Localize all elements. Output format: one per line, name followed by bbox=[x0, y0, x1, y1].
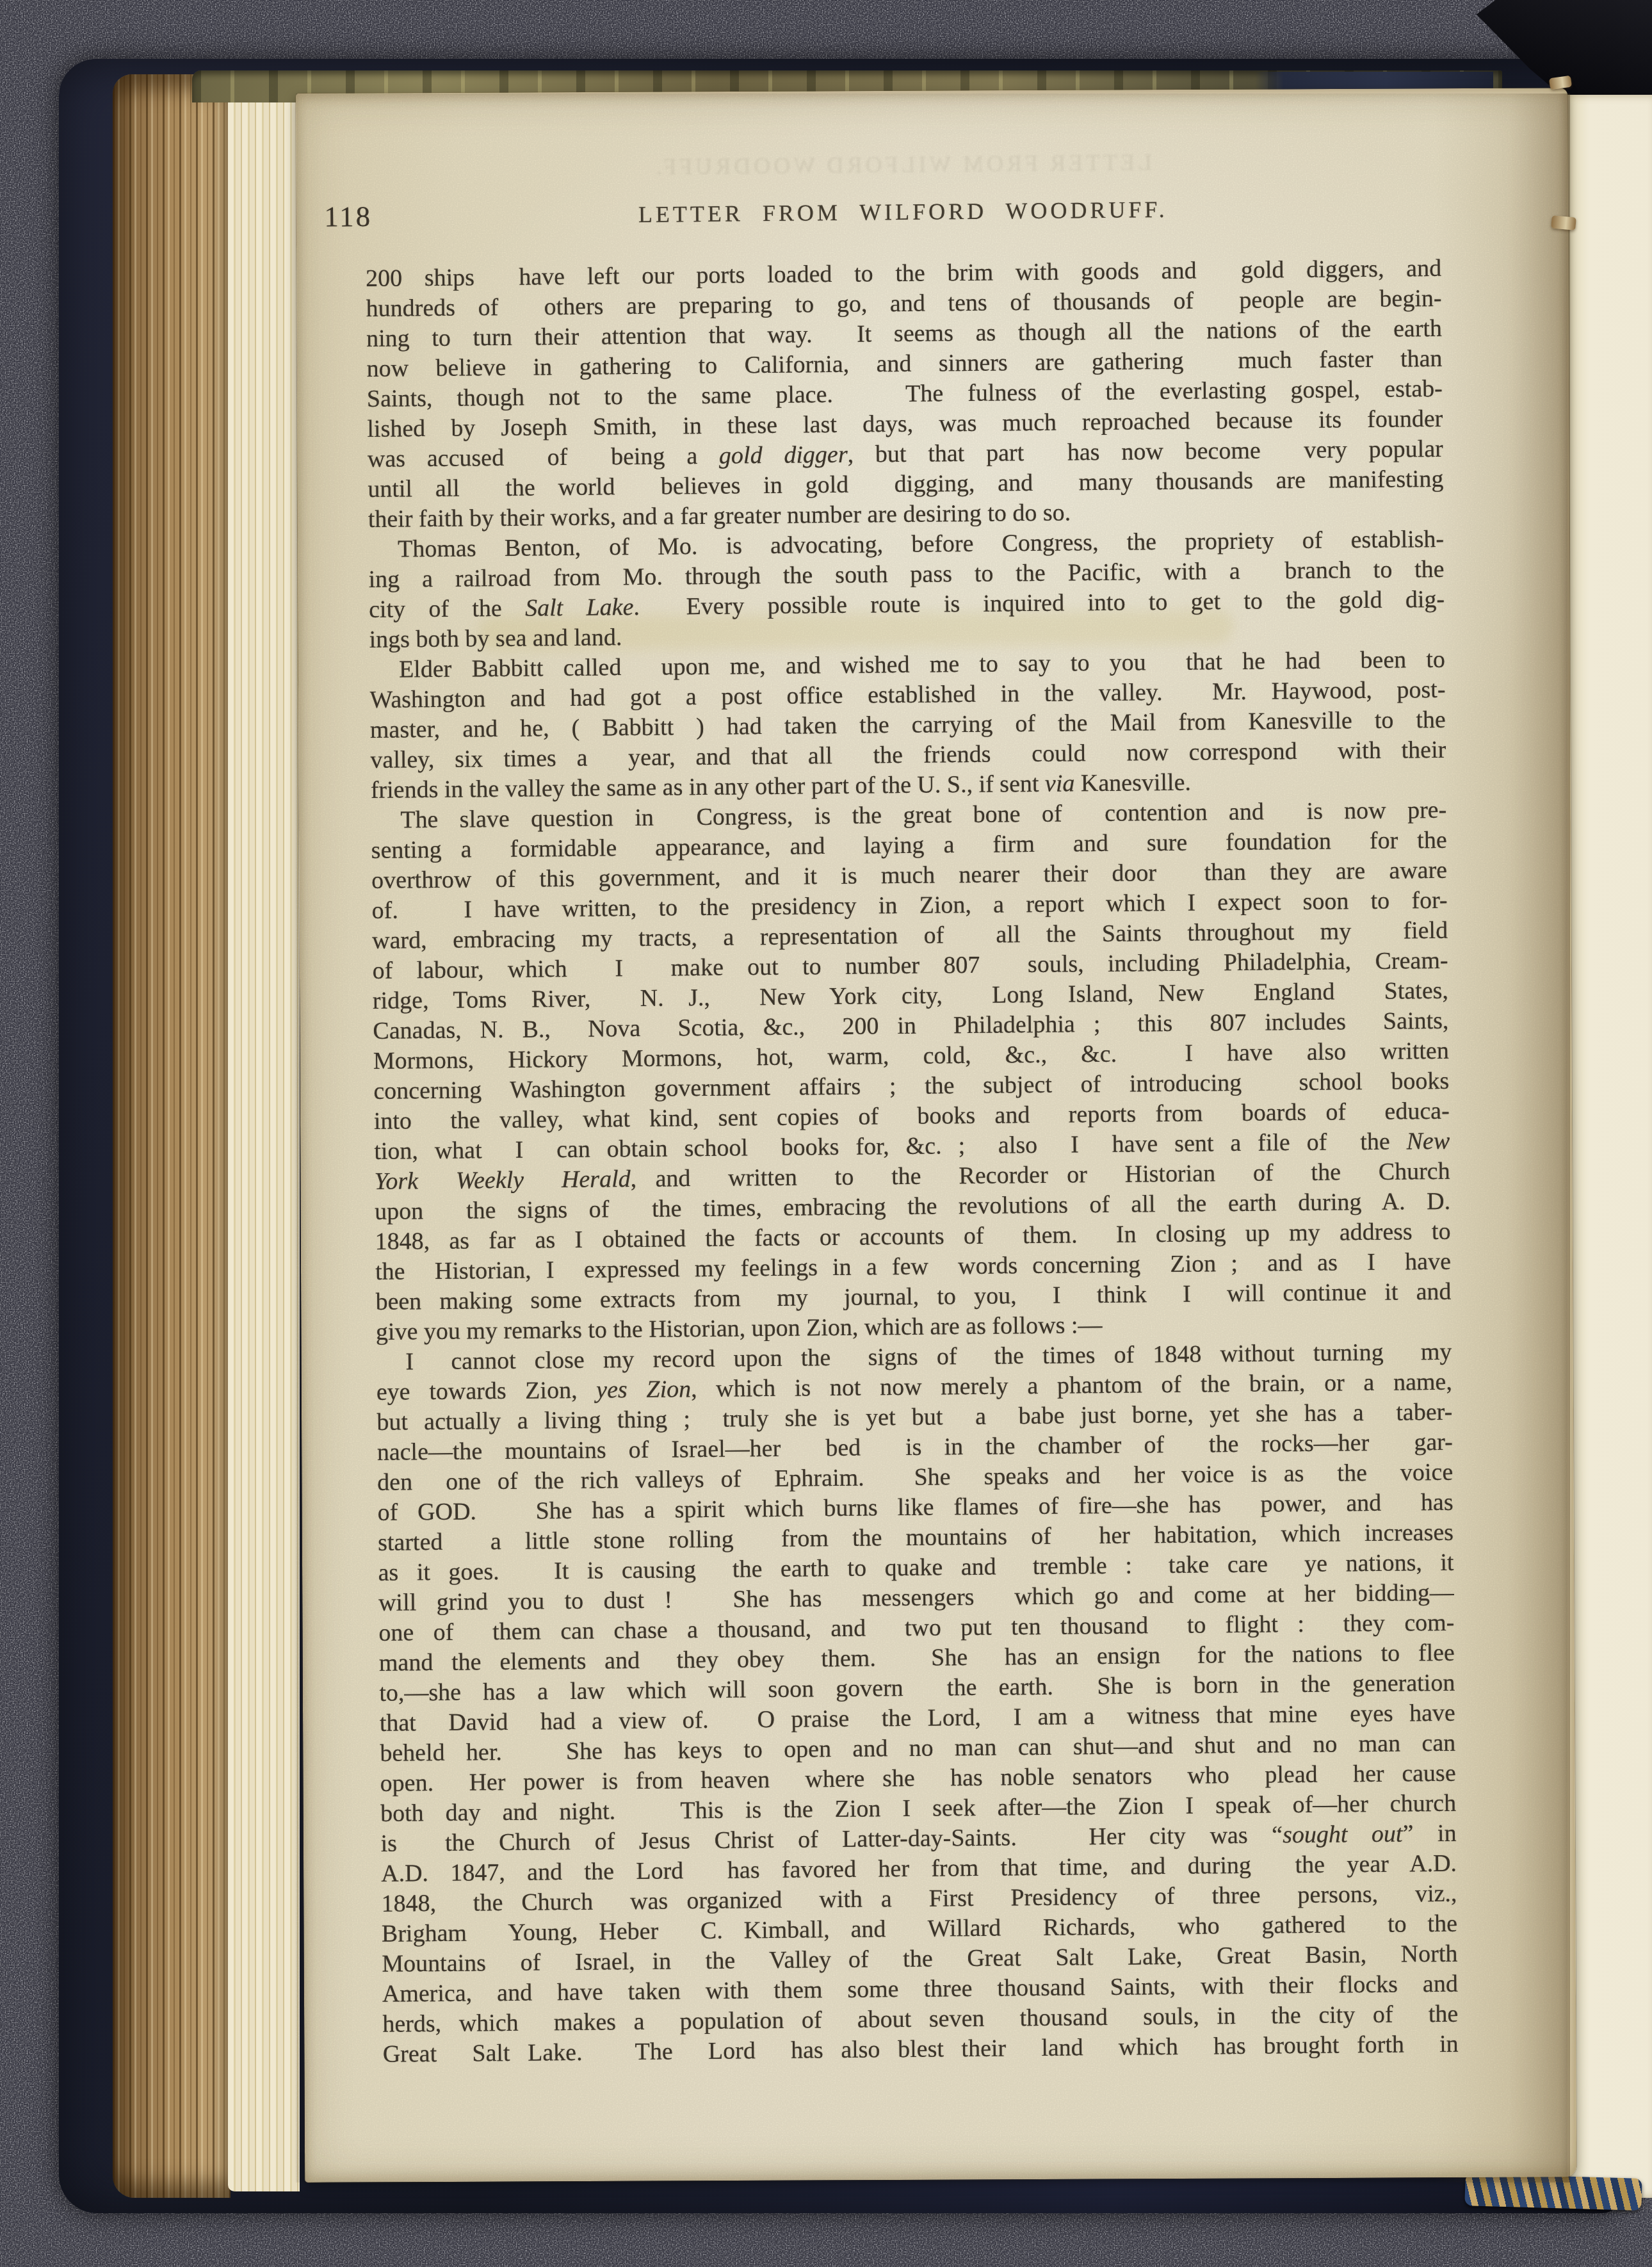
text: ings both by sea and land. bbox=[369, 624, 622, 653]
text: Kanesville. bbox=[1074, 769, 1191, 797]
text: their faith by their works, and a far gr… bbox=[368, 499, 1071, 533]
endband bbox=[1464, 2174, 1642, 2211]
italic-text: New bbox=[1406, 1128, 1450, 1155]
running-title: LETTER FROM WILFORD WOODRUFF. bbox=[365, 193, 1441, 231]
page-text-lines: 200 ships have left our ports loaded to … bbox=[366, 254, 1459, 2070]
scanned-book-photo: LETTER FROM WILFORD WOODRUFF. 118 LETTER… bbox=[0, 0, 1652, 2267]
text: ” in bbox=[1402, 1820, 1456, 1848]
page-text: LETTER FROM WILFORD WOODRUFF. 118 LETTER… bbox=[365, 190, 1459, 2070]
italic-text: York Weekly Herald bbox=[375, 1166, 631, 1195]
binding-thread bbox=[1551, 215, 1576, 230]
text: was accused of being a bbox=[368, 443, 719, 473]
italic-text: via bbox=[1045, 770, 1075, 797]
facing-page-sliver bbox=[1562, 95, 1652, 2198]
text: friends in the valley the same as in any… bbox=[371, 770, 1046, 804]
italic-text: sought out bbox=[1283, 1821, 1403, 1849]
text: , which is not now merely a phantom of t… bbox=[691, 1369, 1452, 1402]
page-header: 118 LETTER FROM WILFORD WOODRUFF. bbox=[365, 190, 1441, 264]
text: give you my remarks to the Historian, up… bbox=[376, 1312, 1103, 1345]
text: eye towards Zion, bbox=[377, 1377, 597, 1406]
italic-text: yes Zion bbox=[596, 1376, 691, 1403]
page-edges-inner bbox=[228, 83, 300, 2191]
text: , but that part has now become very popu… bbox=[847, 435, 1443, 468]
text: . Every possible route is inquired into … bbox=[633, 586, 1445, 621]
italic-text: Salt Lake bbox=[525, 594, 634, 622]
italic-text: gold digger bbox=[719, 441, 848, 469]
text: city of the bbox=[369, 595, 525, 623]
page-edges-stack bbox=[113, 74, 231, 2198]
